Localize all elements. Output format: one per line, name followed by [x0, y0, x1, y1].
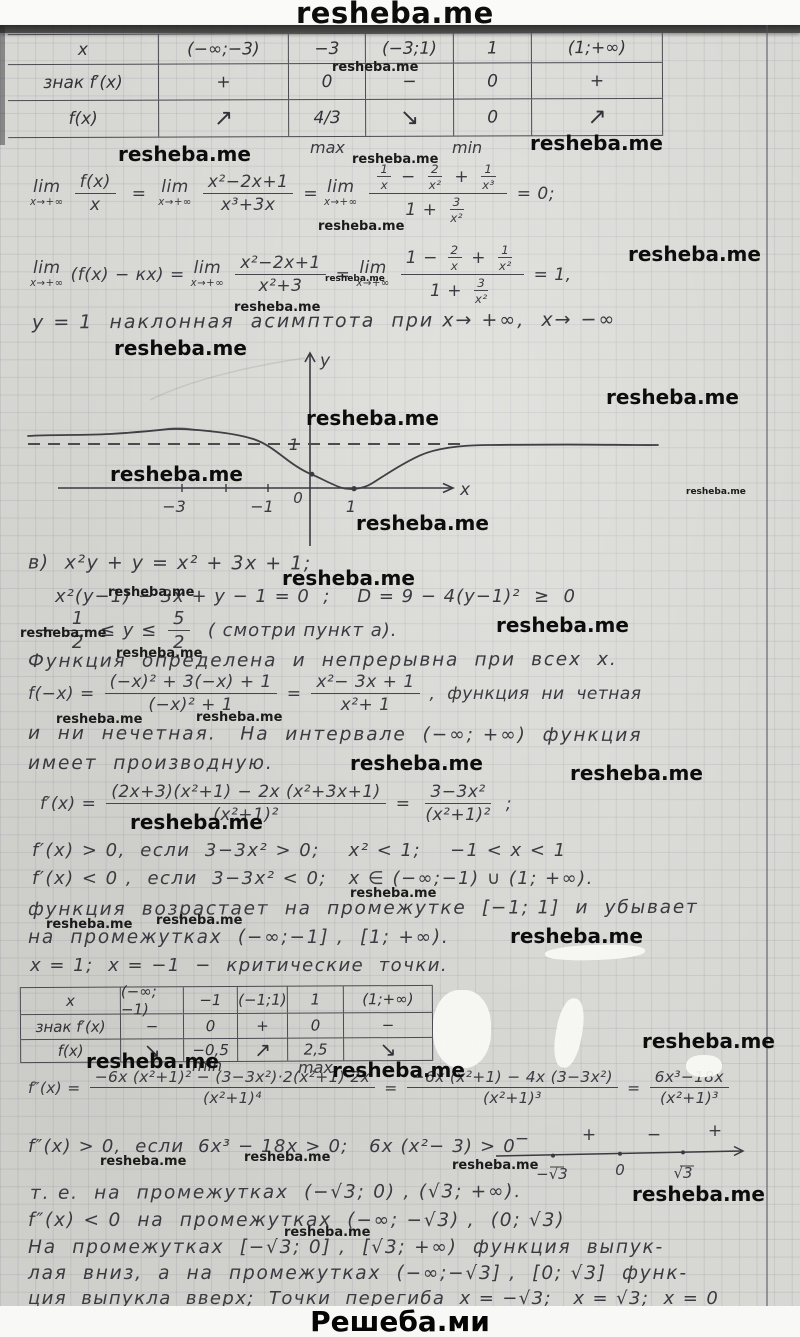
math-text: = — [297, 184, 324, 204]
watermark: resheba.me — [100, 1154, 186, 1169]
table-cell: (−1;1) — [237, 987, 287, 1013]
limit-operator: limx→+∞ — [191, 260, 225, 289]
point-zero — [618, 1152, 622, 1156]
math-text: 1 — [501, 243, 509, 257]
line-convex2: лая вниз, а на промежутках (−∞;−√3] , [0… — [28, 1263, 688, 1284]
cell-text: (1;+∞) — [568, 37, 626, 57]
cell-text: 4/3 — [313, 108, 340, 128]
table-cell: f(x) — [8, 101, 158, 138]
watermark: resheba.me — [116, 646, 202, 661]
math-text: , функция ни четная — [424, 684, 642, 704]
fraction-denominator: 1 + 3x² — [425, 275, 500, 306]
fraction-numerator: 3 — [450, 195, 464, 210]
watermark: resheba.me — [325, 274, 385, 284]
math-text: у = 1 наклонная асимптота при x→ +∞, x→ … — [32, 308, 616, 333]
math-text: 1 — [484, 162, 492, 176]
watermark: resheba.me — [350, 886, 436, 901]
math-text: − — [395, 167, 422, 187]
fraction-numerator: 2 — [448, 243, 462, 258]
watermark: resheba.me — [628, 242, 761, 266]
limit-word: lim — [33, 179, 61, 196]
limit-operator: limx→+∞ — [30, 260, 64, 289]
cell-text: знак f′(x) — [35, 1018, 105, 1036]
watermark: resheba.me — [686, 487, 746, 497]
math-text: в) x²у + у = x² + 3x + 1; — [28, 552, 312, 575]
cell-text: (−∞;−1) — [121, 982, 183, 1018]
fraction-denominator: x² — [494, 258, 517, 273]
table-row: знак f′(x)−0+0− — [20, 1013, 433, 1040]
table-note-max: max — [298, 1058, 333, 1077]
line-parity: f(−x) = (−x)² + 3(−x) + 1(−x)² + 1 = x²−… — [28, 672, 642, 715]
math-text: (−x)² + 3(−x) + 1 — [110, 672, 272, 692]
watermark: resheba.me — [642, 1029, 775, 1053]
line-fprime-pos: f′(x) > 0, если 3−3x² > 0; x² < 1; −1 < … — [32, 840, 567, 861]
fraction-numerator: 1 — [481, 162, 495, 177]
math-text: x³+3x — [221, 195, 276, 215]
watermark: resheba.me — [352, 152, 438, 167]
watermark: resheba.me — [130, 810, 263, 834]
math-text: f′(x) = — [40, 794, 102, 814]
label-neg-sqrt3: −√3 — [536, 1165, 568, 1183]
line-derivative-exists: имеет производную. — [28, 753, 274, 774]
fraction-denominator: (x²+1)³ — [478, 1088, 547, 1107]
fraction: f(x)x — [75, 172, 116, 215]
fraction: x²− 3x + 1x²+ 1 — [311, 672, 419, 715]
fraction: 1x³ — [477, 162, 500, 192]
fraction-numerator: 1 — [498, 243, 512, 258]
math-text: = — [281, 684, 308, 704]
math-text: x — [381, 178, 389, 192]
table-cell: 0 — [183, 1014, 237, 1038]
fraction-denominator: (x²+1)² — [420, 804, 496, 825]
limit-subscript: x→+∞ — [158, 198, 192, 208]
table-note-max: max — [310, 138, 345, 157]
line-critical: x = 1; x = −1 − критические точки. — [30, 955, 448, 976]
cell-text: f(x) — [58, 1042, 84, 1060]
point-sqrt3 — [681, 1150, 685, 1154]
math-text: На промежутках [−√3; 0] , [√3; +∞) функц… — [28, 1237, 664, 1258]
line-fprime-neg: f′(x) < 0 , если 3−3x² < 0; x ∈ (−∞;−1) … — [32, 868, 594, 889]
watermark: resheba.me — [196, 710, 282, 725]
fraction-denominator: x — [85, 194, 106, 215]
math-text: (2x+3)(x²+1) − 2x (x²+3x+1) — [111, 782, 381, 802]
cell-text: + — [590, 71, 604, 91]
cell-text: 0 — [487, 107, 498, 127]
math-text: 3 — [477, 276, 485, 290]
fraction-numerator: 1 − 2x + 1x² — [401, 243, 524, 275]
limit-operator: limx→+∞ — [30, 179, 64, 208]
variation-table-1: x(−∞;−3)−3(−3;1)1(1;+∞)знак f′(x)+0−0+f(… — [8, 32, 663, 138]
y-axis-label: у — [319, 351, 331, 371]
fraction: x²−2x+1x³+3x — [203, 172, 294, 215]
line-limit2: limx→+∞(f(x) − кx) = limx→+∞x²−2x+1x²+3 … — [30, 243, 572, 306]
limit-operator: limx→+∞ — [324, 179, 358, 208]
limit-subscript: x→+∞ — [191, 279, 225, 289]
watermark: resheba.me — [234, 300, 320, 315]
math-text: ( смотри пункт а). — [194, 620, 397, 641]
cell-text: x — [78, 39, 88, 59]
table-cell: 1 — [453, 33, 531, 62]
point-minimum — [351, 486, 356, 491]
math-text: + — [449, 167, 476, 187]
table-cell: ↗ — [158, 100, 288, 136]
math-text: x² — [499, 259, 512, 273]
table-cell: (−3;1) — [365, 34, 453, 63]
fraction: x²−2x+1x²+3 — [235, 253, 326, 296]
math-text: 5 — [173, 608, 185, 629]
math-text: (x²+1)² — [425, 805, 491, 825]
tick-label-zero: 0 — [293, 489, 303, 507]
watermark: resheba.me — [108, 585, 194, 600]
table-cell: 0 — [453, 63, 531, 98]
notebook-margin-line — [766, 25, 768, 1308]
fraction-numerator: (2x+3)(x²+1) − 2x (x²+3x+1) — [106, 782, 386, 804]
table-cell: (1;+∞) — [531, 33, 663, 62]
math-text: + — [465, 248, 492, 268]
math-text: x² — [475, 292, 488, 306]
watermark: resheba.me — [510, 924, 643, 948]
watermark: resheba.me — [306, 406, 439, 430]
limit-word: lim — [33, 260, 61, 277]
math-text: ; — [500, 794, 512, 814]
cell-text: − — [146, 1017, 159, 1035]
sign-4: + — [708, 1122, 722, 1141]
table-cell: 1 — [287, 986, 343, 1012]
cell-text: (−∞;−3) — [187, 39, 260, 59]
variation-table-2: x(−∞;−1)−1(−1;1)1(1;+∞)знак f′(x)−0+0−f(… — [20, 985, 433, 1063]
math-text: f(−x) = — [28, 684, 101, 704]
tick-label-one: 1 — [346, 497, 356, 516]
math-text: (f(x) − кx) = — [71, 265, 191, 285]
watermark: resheba.me — [284, 1225, 370, 1240]
limit-word: lim — [327, 179, 355, 196]
math-text: 1 − — [406, 248, 444, 268]
math-text: x²−2x+1 — [208, 172, 289, 192]
table-cell: ↘ — [365, 100, 453, 136]
limit-subscript: x→+∞ — [30, 198, 64, 208]
math-text: (x²+1)³ — [660, 1089, 719, 1107]
table-cell: − — [120, 1014, 183, 1038]
table-cell: −1 — [183, 987, 237, 1013]
fraction-numerator: 3−3x² — [425, 782, 490, 804]
math-text: x²+3 — [259, 276, 303, 296]
math-text: 1 + — [430, 281, 468, 301]
cell-text: 1 — [487, 38, 498, 58]
math-text: x² — [450, 211, 463, 225]
fraction: 3x² — [445, 195, 468, 225]
watermark: resheba.me — [244, 1150, 330, 1165]
point-y-intercept — [310, 472, 315, 477]
line-v-equation: в) x²у + у = x² + 3x + 1; — [28, 552, 312, 575]
cell-text: (1;+∞) — [362, 990, 413, 1008]
math-text: x²+ 1 — [341, 695, 391, 715]
fraction-denominator: x — [376, 177, 394, 192]
watermark: resheba.me — [332, 1058, 465, 1082]
fraction-denominator: (x²+1)³ — [655, 1088, 724, 1107]
table-cell: − — [343, 1013, 433, 1037]
line-convex1: На промежутках [−√3; 0] , [√3; +∞) функц… — [28, 1237, 664, 1258]
math-text: 3−3x² — [430, 782, 485, 802]
table-cell: ↗ — [237, 1039, 287, 1061]
watermark: resheba.me — [356, 511, 489, 535]
watermark: resheba.me — [332, 60, 418, 75]
watermark: resheba.me — [156, 913, 242, 928]
fraction-numerator: (−x)² + 3(−x) + 1 — [105, 672, 277, 694]
math-text: f″(x) = — [28, 1079, 86, 1097]
table-cell: ↗ — [531, 99, 663, 135]
line-asymptote: у = 1 наклонная асимптота при x→ +∞, x→ … — [32, 308, 616, 333]
watermark: resheba.me — [20, 626, 106, 641]
tick-label-minus1: −1 — [250, 497, 274, 516]
fraction-denominator: x³+3x — [216, 194, 281, 215]
scan-edge-shadow — [0, 25, 5, 145]
x-axis-label: x — [459, 480, 471, 500]
asymptote-label: 1 — [289, 435, 299, 454]
cell-text: 0 — [487, 71, 498, 91]
watermark: resheba.me — [110, 462, 243, 486]
table-cell: (−∞;−3) — [158, 34, 288, 63]
table-cell: знак f′(x) — [8, 65, 158, 101]
watermark: resheba.me — [452, 1158, 538, 1173]
fraction-numerator: x²−2x+1 — [203, 172, 294, 194]
cell-text: знак f′(x) — [43, 72, 122, 92]
table-cell: + — [158, 64, 288, 99]
label-sqrt3: √3 — [673, 1164, 692, 1182]
fraction-denominator: x²+ 1 — [336, 694, 396, 715]
scanned-solution-page: у x 1 −3 −1 0 1 − + − + −√3 0 √3 — [0, 0, 800, 1337]
table-note-min: min — [452, 138, 482, 157]
tick-label-minus3: −3 — [162, 497, 186, 516]
fraction: 1x² — [494, 243, 517, 273]
math-text: = — [390, 794, 417, 814]
arrow-up-icon: ↗ — [587, 104, 606, 130]
math-text: 2 — [451, 243, 459, 257]
watermark: resheba.me — [350, 751, 483, 775]
watermark: resheba.me — [570, 761, 703, 785]
math-text: x — [451, 259, 459, 273]
label-zero: 0 — [615, 1161, 625, 1179]
watermark: resheba.me — [46, 917, 132, 932]
table-cell: знак f′(x) — [20, 1015, 120, 1040]
math-text: (x²+1)³ — [483, 1089, 542, 1107]
scan-bottom-white-band: Решеба.ми — [0, 1306, 800, 1337]
fraction-denominator: x³ — [477, 177, 500, 192]
line-fsecond-intervals: т. е. на промежутках (−√3; 0) , (√3; +∞)… — [30, 1181, 522, 1204]
whiteout-streak — [433, 990, 491, 1068]
sign-2: + — [582, 1125, 596, 1145]
fraction-numerator: f(x) — [75, 172, 116, 194]
math-text: = — [622, 1079, 646, 1097]
point-neg-sqrt3 — [551, 1154, 555, 1158]
cell-text: 0 — [322, 72, 333, 92]
fraction: (−x)² + 3(−x) + 1(−x)² + 1 — [105, 672, 277, 715]
table-cell: 0 — [453, 99, 531, 135]
cell-text: − — [382, 1016, 395, 1034]
cell-text: f(x) — [68, 109, 97, 129]
limit-word: lim — [161, 179, 189, 196]
math-text: = — [120, 184, 158, 204]
cell-text: x — [66, 992, 75, 1010]
table-cell: (1;+∞) — [343, 986, 433, 1012]
math-text: т. е. на промежутках (−√3; 0) , (√3; +∞)… — [30, 1181, 522, 1204]
cell-text: (−3;1) — [382, 38, 437, 58]
cell-text: −3 — [314, 38, 339, 58]
math-text: 1 + — [405, 200, 443, 220]
math-text: x — [90, 195, 101, 215]
cell-text: 1 — [311, 991, 321, 1009]
watermark: resheba.me — [606, 385, 739, 409]
fraction-numerator: x²− 3x + 1 — [311, 672, 419, 694]
watermark: resheba.me — [86, 1049, 219, 1073]
cell-text: (−1;1) — [238, 991, 287, 1009]
watermark: resheba.me — [114, 336, 247, 360]
fraction-denominator: x — [446, 258, 464, 273]
brand-bottom-text: Решеба.ми — [310, 1305, 490, 1337]
fraction: 1x − 2x² + 1x³1 + 3x² — [369, 162, 507, 225]
math-text: 3 — [453, 195, 461, 209]
arrow-up-icon: ↗ — [214, 105, 233, 131]
math-text: x³ — [482, 178, 495, 192]
line-limit1: limx→+∞f(x)x = limx→+∞x²−2x+1x³+3x = lim… — [30, 162, 555, 225]
arrow-up-icon: ↗ — [254, 1038, 271, 1062]
table-cell: (−∞;−1) — [120, 987, 183, 1013]
watermark: resheba.me — [496, 613, 629, 637]
fraction-numerator: 3 — [474, 276, 488, 291]
math-text: x²−2x+1 — [240, 253, 321, 273]
table-cell: + — [237, 1014, 287, 1038]
math-text: имеет производную. — [28, 753, 274, 774]
sign-3: − — [647, 1125, 661, 1145]
fraction-denominator: x²+3 — [254, 275, 308, 296]
table-cell: −3 — [288, 34, 365, 63]
fraction-denominator: x² — [424, 177, 447, 192]
limit-operator: limx→+∞ — [158, 179, 192, 208]
table-cell: 0 — [287, 1013, 343, 1037]
math-text: x²− 3x + 1 — [316, 672, 414, 692]
watermark: resheba.me — [296, 0, 494, 30]
fraction-denominator: (x²+1)⁴ — [198, 1088, 267, 1107]
math-text: f′(x) < 0 , если 3−3x² < 0; x ∈ (−∞;−1) … — [32, 868, 594, 889]
table-cell: x — [20, 988, 120, 1015]
cell-text: + — [216, 72, 230, 92]
fraction-numerator: 5 — [168, 608, 190, 631]
cell-text: 0 — [206, 1017, 216, 1035]
arrow-down-icon: ↘ — [400, 105, 419, 131]
math-text: f′(x) > 0, если 3−3x² > 0; x² < 1; −1 < … — [32, 840, 567, 861]
math-text: x = 1; x = −1 − критические точки. — [30, 955, 448, 976]
bleed-through-stroke — [150, 358, 305, 400]
fraction-denominator: 1 + 3x² — [400, 194, 475, 225]
limit-subscript: x→+∞ — [324, 198, 358, 208]
fraction: 1 − 2x + 1x²1 + 3x² — [401, 243, 524, 306]
math-text: f(x) — [80, 172, 111, 192]
cell-text: 0 — [311, 1017, 321, 1035]
limit-word: lim — [194, 260, 222, 277]
math-text: (x²+1)⁴ — [203, 1089, 262, 1107]
fraction-numerator: x²−2x+1 — [235, 253, 326, 275]
watermark: resheba.me — [56, 712, 142, 727]
watermark: resheba.me — [530, 131, 663, 155]
table-cell: x — [8, 35, 158, 65]
sign-1: − — [515, 1129, 529, 1149]
table-cell: + — [531, 63, 663, 98]
math-text: = 0; — [511, 184, 555, 204]
cell-text: + — [256, 1017, 269, 1035]
fraction: 2x — [446, 243, 464, 273]
fraction: 3x² — [470, 276, 493, 306]
fraction: 3−3x²(x²+1)² — [420, 782, 496, 825]
watermark: resheba.me — [318, 219, 404, 234]
watermark: resheba.me — [632, 1182, 765, 1206]
math-text: лая вниз, а на промежутках (−∞;−√3] , [0… — [28, 1263, 688, 1284]
watermark: resheba.me — [282, 566, 415, 590]
table-row: x(−∞;−1)−1(−1;1)1(1;+∞) — [20, 986, 433, 1015]
math-text: = 1, — [528, 265, 572, 285]
watermark: resheba.me — [118, 142, 251, 166]
cell-text: −1 — [199, 991, 221, 1009]
math-text: x² — [429, 178, 442, 192]
table-cell: 4/3 — [288, 100, 365, 136]
cell-text: 2,5 — [304, 1040, 328, 1058]
whiteout-streak — [686, 1055, 722, 1077]
line-fprime: f′(x) = (2x+3)(x²+1) − 2x (x²+3x+1)(x²+1… — [40, 782, 512, 825]
fraction-denominator: x² — [445, 210, 468, 225]
limit-subscript: x→+∞ — [30, 279, 64, 289]
fraction-denominator: x² — [470, 291, 493, 306]
